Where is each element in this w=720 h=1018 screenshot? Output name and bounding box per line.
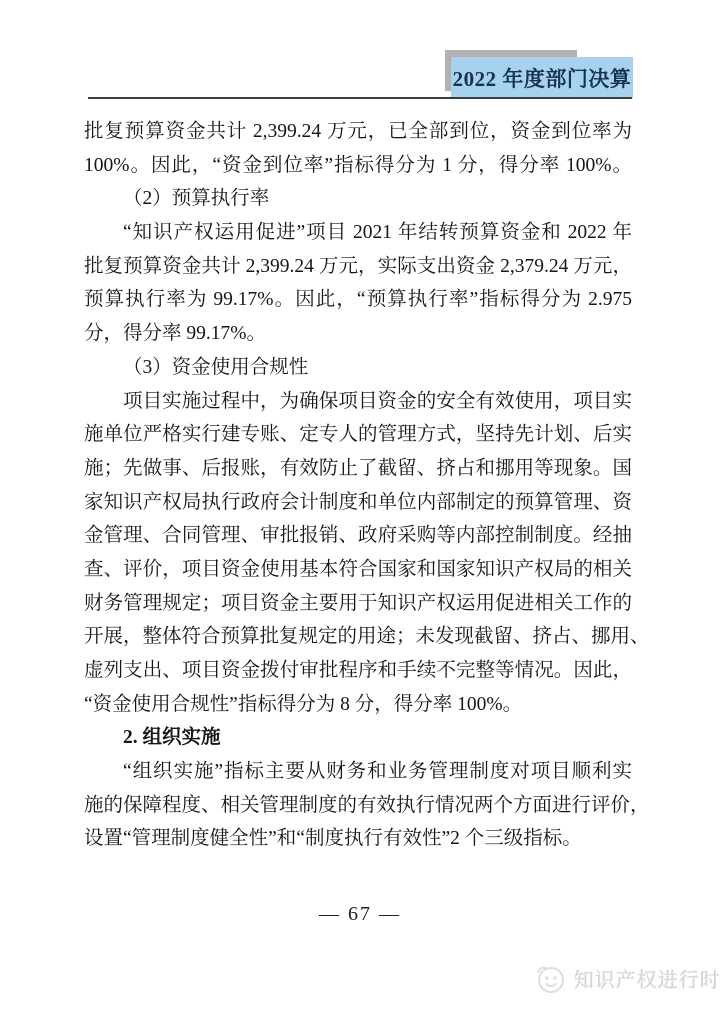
body-line: 开展，整体符合预算批复规定的用途；未发现截留、挤占、挪用、 bbox=[84, 620, 632, 654]
body-line: 施；先做事、后报账，有效防止了截留、挤占和挪用等现象。国 bbox=[84, 452, 632, 486]
body-line: 预算执行率为 99.17%。因此，“预算执行率”指标得分为 2.975 bbox=[84, 283, 632, 317]
body-line: （3）资金使用合规性 bbox=[84, 351, 632, 385]
body-line: 财务管理规定；项目资金主要用于知识产权运用促进相关工作的 bbox=[84, 587, 632, 621]
watermark: 知识产权进行时 bbox=[534, 962, 720, 994]
body-line: “知识产权运用促进”项目 2021 年结转预算资金和 2022 年 bbox=[84, 216, 632, 250]
document-page: 2022 年度部门决算 批复预算资金共计 2,399.24 万元，已全部到位，资… bbox=[0, 0, 720, 1018]
body-line: 施单位严格实行建专账、定专人的管理方式，坚持先计划、后实 bbox=[84, 418, 632, 452]
banner-label: 2022 年度部门决算 bbox=[453, 63, 632, 93]
body-line: 虚列支出、项目资金拨付审批程序和手续不完整等情况。因此， bbox=[84, 654, 632, 688]
body-line: 施的保障程度、相关管理制度的有效执行情况两个方面进行评价， bbox=[84, 789, 632, 823]
page-number: — 67 — bbox=[0, 903, 720, 926]
body-line: 批复预算资金共计 2,399.24 万元，已全部到位，资金到位率为 bbox=[84, 115, 632, 149]
page-header-banner: 2022 年度部门决算 bbox=[451, 57, 633, 98]
watermark-label: 知识产权进行时 bbox=[574, 964, 720, 993]
body-line: 分，得分率 99.17%。 bbox=[84, 317, 632, 351]
body-line: 2. 组织实施 bbox=[84, 721, 632, 755]
wechat-account-logo-icon bbox=[534, 962, 566, 994]
body-line: （2）预算执行率 bbox=[84, 182, 632, 216]
body-line: 查、评价，项目资金使用基本符合国家和国家知识产权局的相关 bbox=[84, 553, 632, 587]
body-line: 金管理、合同管理、审批报销、政府采购等内部控制制度。经抽 bbox=[84, 519, 632, 553]
body-line: “资金使用合规性”指标得分为 8 分，得分率 100%。 bbox=[84, 688, 632, 722]
body-line: 设置“管理制度健全性”和“制度执行有效性”2 个三级指标。 bbox=[84, 822, 632, 856]
body-line: “组织实施”指标主要从财务和业务管理制度对项目顺利实 bbox=[84, 755, 632, 789]
header-rule bbox=[88, 97, 632, 99]
body-line: 项目实施过程中，为确保项目资金的安全有效使用，项目实 bbox=[84, 385, 632, 419]
body-line: 批复预算资金共计 2,399.24 万元，实际支出资金 2,379.24 万元， bbox=[84, 250, 632, 284]
body-line: 100%。因此，“资金到位率”指标得分为 1 分，得分率 100%。 bbox=[84, 149, 632, 183]
document-body: 批复预算资金共计 2,399.24 万元，已全部到位，资金到位率为100%。因此… bbox=[84, 115, 632, 856]
body-line: 家知识产权局执行政府会计制度和单位内部制定的预算管理、资 bbox=[84, 486, 632, 520]
